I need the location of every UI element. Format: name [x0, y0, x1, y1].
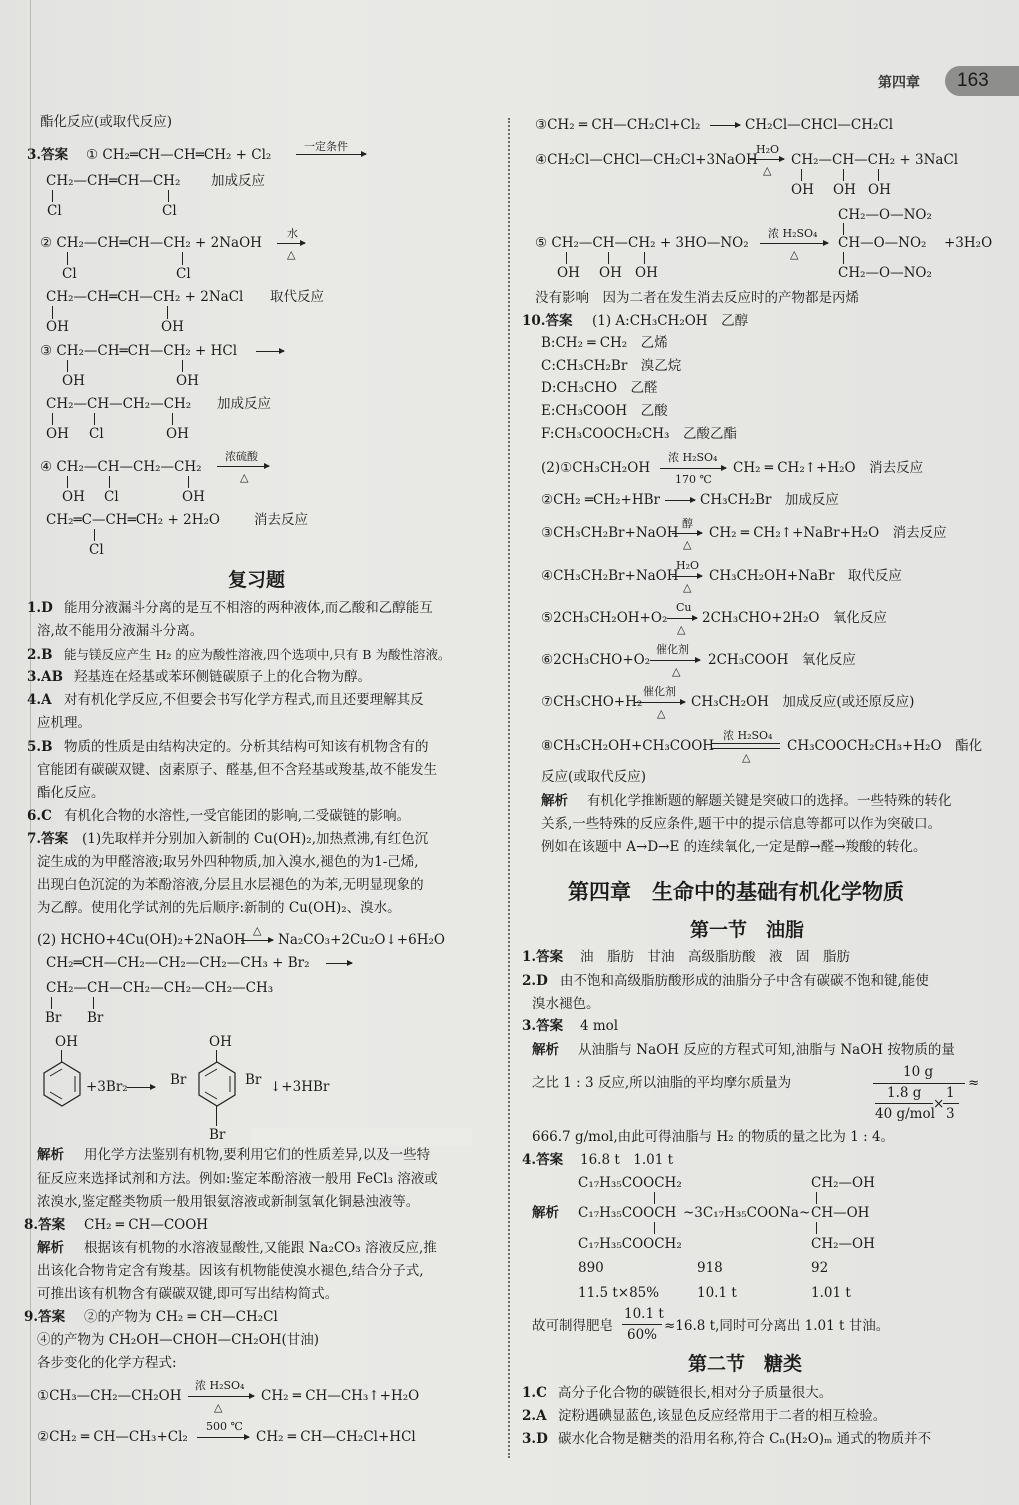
fraction-numerator: 10.1 t: [624, 1305, 664, 1323]
equation: ⑤2CH₃CH₂OH+O₂: [541, 609, 667, 627]
bond-line: [654, 1192, 655, 1204]
substituent: OH: [791, 181, 814, 199]
answer-text: 有机化合物的水溶性,一受官能团的影响,二受碳链的影响。: [64, 807, 410, 825]
mass-value: 1.01 t: [811, 1284, 851, 1302]
compound-item: D:CH₃CHO 乙醛: [541, 379, 658, 397]
formula: CH₂—OH: [811, 1235, 875, 1253]
print-smudge: [252, 1128, 472, 1146]
substituent: OH: [599, 264, 622, 282]
fraction-line: [943, 1103, 959, 1104]
substituent: OH: [166, 425, 189, 443]
reaction-arrow: [635, 702, 685, 703]
product: CH₂—CH—CH₂ + 3NaCl: [791, 151, 958, 169]
bond-line: [52, 413, 53, 425]
equation: ④CH₃CH₂Br+NaOH: [541, 567, 679, 585]
substituent: Br: [170, 1071, 186, 1089]
analysis-text: 出该化合物肯定含有羧基。因该有机物能使溴水褪色,结合分子式,: [37, 1262, 424, 1280]
condition: △: [253, 922, 261, 940]
reaction-type: 加成反应: [211, 172, 265, 190]
reaction-arrow: [672, 576, 702, 577]
analysis-text: 故可制得肥皂: [532, 1317, 613, 1335]
analysis-text: 之比 1 : 3 反应,所以油脂的平均摩尔质量为: [532, 1074, 791, 1092]
molar-mass: 918: [697, 1259, 723, 1277]
equation: +3H₂O: [944, 234, 992, 252]
fraction-numerator: 1: [946, 1084, 955, 1102]
answer-text: 淀生成的为甲醛溶液;取另外四种物质,加入溴水,褪色的为1-己烯,: [37, 853, 419, 871]
question-label: 4.A: [27, 691, 52, 709]
condition: △: [763, 162, 771, 180]
answer-text: 4 mol: [580, 1017, 618, 1035]
equation: ①CH₃—CH₂—CH₂OH: [37, 1387, 182, 1405]
substituent: OH: [833, 181, 856, 199]
equation: ⑤ CH₂—CH—CH₂ + 3HO—NO₂: [535, 234, 749, 252]
column-divider: [508, 118, 510, 1458]
reaction-arrow: [188, 1396, 254, 1397]
answer-text: 油 脂肪 甘油 高级脂肪酸 液 固 脂肪: [580, 948, 850, 966]
substituent: OH: [176, 372, 199, 390]
molar-mass: 890: [578, 1259, 604, 1277]
question-label: 2.A: [522, 1407, 547, 1425]
bond-line: [843, 169, 844, 181]
equation: ⑦CH₃CHO+H₂: [541, 693, 642, 711]
condition: △: [240, 469, 248, 487]
analysis-text: 关系,一些特殊的反应条件,题干中的提示信息等都可以作为突破口。: [541, 815, 941, 833]
condition: 催化剂: [643, 683, 676, 701]
reaction-type: 取代反应: [270, 288, 324, 306]
formula: CH—OH: [811, 1204, 869, 1222]
substituent: OH: [161, 318, 184, 336]
analysis-text: 根据该有机物的水溶液显酸性,又能跟 Na₂CO₃ 溶液反应,推: [84, 1239, 437, 1257]
product: CH₂—O—NO₂: [838, 264, 932, 282]
condition: △: [742, 749, 750, 767]
question-label: 2.D: [522, 972, 548, 990]
question-label: 6.C: [27, 807, 52, 825]
equation: ① CH₂═CH—CH═CH₂ + Cl₂: [86, 146, 271, 164]
bond-line: [109, 476, 110, 488]
substituent: Cl: [162, 202, 177, 220]
answer-text: 碳水化合物是糖类的沿用名称,符合 Cₙ(H₂O)ₘ 通式的物质并不: [558, 1430, 931, 1448]
multiply-sign: ×: [933, 1095, 944, 1113]
substituent: Br: [209, 1126, 225, 1144]
condition: H₂O: [756, 141, 779, 159]
product: CH₂═C—CH═CH₂ + 2H₂O: [46, 511, 220, 529]
answer-text: 各步变化的化学方程式:: [37, 1354, 177, 1372]
condition: 水: [287, 225, 298, 243]
bond-line: [801, 169, 802, 181]
product: CH₂—CH—CH₂—CH₂—CH₂—CH₃: [46, 979, 273, 997]
bond-line: [608, 252, 609, 264]
bond-line: [566, 252, 567, 264]
substituent: Cl: [104, 488, 119, 506]
bond-line: [94, 529, 95, 541]
bond-line: [172, 413, 173, 425]
section-title: 第一节 油脂: [690, 921, 804, 939]
analysis-text: 征反应来选择试剂和方法。例如:鉴定苯酚溶液一般用 FeCl₃ 溶液或: [37, 1170, 438, 1188]
answer-text: 没有影响 因为二者在发生消去反应时的产物都是丙烯: [535, 289, 859, 307]
formula: C₁₇H₃₅COOCH₂: [578, 1174, 682, 1192]
reaction-arrow: [750, 159, 784, 160]
reaction-arrow: [672, 533, 702, 534]
substituent: Br: [45, 1009, 61, 1027]
condition: 浓 H₂SO₄: [668, 449, 717, 467]
answer-text: 出现白色沉淀的为苯酚溶液,分层且水层褪色的为苯,无明显现象的: [37, 876, 424, 894]
approx-sign: ≈: [968, 1074, 979, 1092]
fraction-denominator: 60%: [627, 1326, 657, 1344]
compound-item: (1) A:CH₃CH₂OH 乙醇: [592, 312, 748, 330]
equation: ⑥2CH₃CHO+O₂: [541, 651, 650, 669]
reaction-arrow: [127, 1087, 155, 1088]
equation: ⑧CH₃CH₂OH+CH₃COOH: [541, 737, 714, 755]
reaction-arrow: [760, 243, 828, 244]
bond-line: [816, 1222, 817, 1234]
question-label: 9.答案: [24, 1308, 65, 1326]
analysis-text: 例如在该题中 A→D→E 的连续氧化,一定是醇→醛→羧酸的转化。: [541, 838, 927, 856]
substituent: OH: [55, 1033, 78, 1051]
condition: 醇: [682, 515, 693, 533]
answer-text: 物质的性质是由结构决定的。分析其结构可知该有机物含有的: [64, 738, 429, 756]
substituent: Br: [245, 1071, 261, 1089]
question-label: 1.D: [27, 599, 53, 617]
substituent: Cl: [89, 425, 104, 443]
reaction-arrow: [667, 618, 697, 619]
product: CH₂—CH═CH—CH₂ + 2NaCl: [46, 288, 243, 306]
reaction-arrow: [296, 154, 366, 155]
question-label: 4.答案: [522, 1151, 563, 1169]
equation: CH₂ ═ CH—CH₃↑+H₂O: [261, 1387, 419, 1405]
answer-text: ②的产物为 CH₂ ═ CH—CH₂Cl: [84, 1308, 278, 1326]
condition: △: [657, 705, 665, 723]
equation: CH₂═CH—CH₂—CH₂—CH₂—CH₃ + Br₂: [46, 954, 309, 972]
analysis-label: 解析: [37, 1146, 64, 1164]
fraction-denominator: 40 g/mol: [875, 1105, 935, 1123]
product: CH₂—CH—CH₂—CH₂: [46, 395, 191, 413]
reaction-arrow: [256, 351, 284, 352]
bond-line: [168, 190, 169, 202]
question-label: 1.答案: [522, 948, 563, 966]
reaction-type: 消去反应: [254, 511, 308, 529]
equation: ③CH₃CH₂Br+NaOH: [541, 524, 679, 542]
equation: CH₃COOCH₂CH₃+H₂O 酯化: [787, 737, 982, 755]
bond-line: [816, 1192, 817, 1204]
answer-text: 16.8 t 1.01 t: [580, 1151, 673, 1169]
bond-line: [67, 476, 68, 488]
analysis-text: 有机化学推断题的解题关键是突破口的选择。一些特殊的转化: [587, 792, 952, 810]
substituent: OH: [62, 372, 85, 390]
answer-text: 应机理。: [37, 714, 91, 732]
bond-line: [93, 997, 94, 1009]
tribromophenol-ring-icon: [197, 1061, 237, 1107]
product: CH₂—O—NO₂: [838, 206, 932, 224]
equation: CH₂Cl—CHCl—CH₂Cl: [745, 116, 893, 134]
bond-line: [67, 252, 68, 265]
equation: ②CH₂ ═ CH—CH₃+Cl₂: [37, 1428, 188, 1446]
equation: CH₂ ═ CH₂↑+NaBr+H₂O 消去反应: [709, 524, 947, 542]
bond-line: [878, 169, 879, 181]
condition: Cu: [676, 599, 692, 617]
substituent: OH: [46, 425, 69, 443]
question-label: 7.答案: [27, 830, 68, 848]
equation: ② CH₂—CH═CH—CH₂ + 2NaOH: [40, 234, 262, 252]
fraction-numerator: 10 g: [903, 1063, 933, 1081]
fraction-line: [875, 1103, 933, 1104]
benzene-ring-icon: [42, 1061, 82, 1107]
equation: CH₂ ═ CH—CH₂Cl+HCl: [256, 1428, 416, 1446]
equation: +3Br₂: [86, 1078, 128, 1096]
reaction-arrow: [197, 1437, 249, 1438]
equation: ④CH₂Cl—CHCl—CH₂Cl+3NaOH: [535, 151, 758, 169]
question-label: 10.答案: [522, 312, 573, 330]
condition: △: [677, 621, 685, 639]
equation: CH₂ ═ CH₂↑+H₂O 消去反应: [733, 459, 923, 477]
analysis-label: 解析: [532, 1041, 559, 1059]
question-label: 5.B: [27, 738, 53, 756]
compound-item: E:CH₃COOH 乙酸: [541, 402, 668, 420]
formula: CH₂—OH: [811, 1174, 875, 1192]
reaction-arrow: [660, 468, 726, 469]
equation: 反应(或取代反应): [541, 768, 646, 786]
analysis-label: 解析: [532, 1204, 559, 1222]
condition: 170 ℃: [675, 471, 712, 489]
substituent: OH: [557, 264, 580, 282]
product: CH—O—NO₂: [838, 234, 926, 252]
fraction-numerator: 1.8 g: [887, 1084, 921, 1102]
question-label: 2.B: [27, 646, 53, 664]
substituent: OH: [46, 318, 69, 336]
answer-text: ④的产物为 CH₂OH—CHOH—CH₂OH(甘油): [37, 1331, 319, 1349]
bond-line: [94, 413, 95, 425]
substituent: Cl: [62, 265, 77, 283]
chapter-title: 第四章 生命中的基础有机化学物质: [568, 883, 904, 901]
equation: (2) HCHO+4Cu(OH)₂+2NaOH: [37, 931, 246, 949]
equation: CH₃CH₂Br 加成反应: [700, 491, 839, 509]
substituent: Br: [87, 1009, 103, 1027]
compound-item: B:CH₂ ═ CH₂ 乙烯: [541, 334, 668, 352]
condition: △: [790, 246, 798, 264]
analysis-text: 用化学方法鉴别有机物,要利用它们的性质差异,以及一些特: [84, 1146, 430, 1164]
condition: 浓硫酸: [225, 448, 258, 466]
answer-text: 酯化反应。: [37, 784, 105, 802]
equation: CH₃CH₂OH+NaBr 取代反应: [709, 567, 902, 585]
analysis-label: 解析: [541, 792, 568, 810]
reaction-arrow: [650, 660, 700, 661]
equation: Na₂CO₃+2Cu₂O↓+6H₂O: [278, 931, 445, 949]
question-label: 3.D: [522, 1430, 548, 1448]
substituent: Cl: [47, 202, 62, 220]
bond-line: [182, 360, 183, 372]
condition: △: [683, 536, 691, 554]
bond-line: [644, 252, 645, 264]
answer-page: 第四章 163 酯化反应(或取代反应) 3.答案 ① CH₂═CH—CH═CH₂…: [0, 0, 1019, 1505]
compound-item: F:CH₃COOCH₂CH₃ 乙酸乙酯: [541, 425, 737, 443]
equation: CH₃CH₂OH 加成反应(或还原反应): [691, 693, 914, 711]
equation: ③CH₂ ═ CH—CH₂Cl+Cl₂: [535, 116, 700, 134]
equation: 2CH₃CHO+2H₂O 氧化反应: [702, 609, 887, 627]
condition: △: [672, 663, 680, 681]
answer-text: 羟基连在烃基或苯环侧链碳原子上的化合物为醇。: [74, 668, 371, 686]
substituent: Cl: [176, 265, 191, 283]
product: CH₂—CH═CH—CH₂: [46, 172, 180, 190]
answer-text: CH₂ ═ CH—COOH: [84, 1216, 208, 1234]
bond-line: [216, 1106, 217, 1126]
equation: ④ CH₂—CH—CH₂—CH₂: [40, 458, 202, 476]
formula: C₁₇H₃₅COOCH₂: [578, 1235, 682, 1253]
mass-value: 10.1 t: [697, 1284, 737, 1302]
reaction-arrow: [277, 243, 305, 244]
reaction-arrow: [326, 963, 352, 964]
molar-mass: 92: [811, 1259, 828, 1277]
question-label: 1.C: [522, 1384, 547, 1402]
analysis-text: 可推出该有机物含有碳碳双键,即可写出结构简式。: [37, 1285, 338, 1303]
text-line: 酯化反应(或取代反应): [40, 113, 172, 131]
bond-line: [843, 252, 844, 264]
analysis-text: ≈16.8 t,同时可分离出 1.01 t 甘油。: [664, 1317, 889, 1335]
analysis-label: 解析: [37, 1239, 64, 1257]
question-label: 3.答案: [522, 1017, 563, 1035]
section-title: 第二节 糖类: [688, 1355, 802, 1373]
condition: △: [287, 246, 295, 264]
substituent: OH: [182, 488, 205, 506]
bond-line: [52, 190, 53, 202]
answer-text: 能用分液漏斗分离的是互不相溶的两种液体,而乙酸和乙醇能互: [64, 599, 433, 617]
analysis-text: 从油脂与 NaOH 反应的方程式可知,油脂与 NaOH 按物质的量: [578, 1041, 955, 1059]
analysis-text: 666.7 g/mol,由此可得油脂与 H₂ 的物质的量之比为 1 : 4。: [532, 1128, 894, 1146]
condition: △: [214, 1399, 222, 1417]
substituent: OH: [868, 181, 891, 199]
bond-line: [654, 1222, 655, 1234]
condition: △: [683, 579, 691, 597]
analysis-text: 浓溴水,鉴定醛类物质一般用银氨溶液或新制氢氧化铜悬浊液等。: [37, 1193, 419, 1211]
section-title-review: 复习题: [228, 571, 285, 589]
equation: 2CH₃COOH 氧化反应: [708, 651, 856, 669]
compound-item: C:CH₃CH₂Br 溴乙烷: [541, 357, 681, 375]
equation: (2)①CH₃CH₂OH: [541, 459, 650, 477]
condition: H₂O: [676, 557, 699, 575]
answer-text: 对有机化学反应,不但要会书写化学方程式,而且还要理解其反: [64, 691, 424, 709]
substituent: Cl: [89, 541, 104, 559]
substituent: OH: [209, 1033, 232, 1051]
question-label: 3.答案: [27, 146, 68, 164]
bond-line: [182, 252, 183, 265]
reaction-arrow: [217, 466, 269, 467]
reaction-arrow: [241, 940, 273, 941]
condition: 催化剂: [656, 641, 689, 659]
answer-text: 高分子化合物的碳链很长,相对分子质量很大。: [558, 1384, 832, 1402]
mass-value: 11.5 t×85%: [578, 1284, 659, 1302]
bond-line: [188, 476, 189, 488]
question-label: 8.答案: [24, 1216, 65, 1234]
answer-text: 溴水褪色。: [532, 995, 600, 1013]
reaction-type: 加成反应: [217, 395, 271, 413]
answer-text: (1)先取样并分别加入新制的 Cu(OH)₂,加热煮沸,有红色沉: [82, 830, 428, 848]
bond-line: [67, 360, 68, 372]
formula: ~3C₁₇H₃₅COONa~: [683, 1204, 810, 1222]
bond-line: [51, 997, 52, 1009]
condition: 浓 H₂SO₄: [768, 225, 817, 243]
answer-text: 由不饱和高级脂肪酸形成的油脂分子中含有碳碳不饱和键,能使: [560, 972, 929, 990]
reaction-arrow: [710, 125, 740, 126]
condition: 500 ℃: [206, 1418, 243, 1436]
substituent: OH: [635, 264, 658, 282]
answer-text: 官能团有碳碳双键、卤素原子、醛基,但不含羟基或羧基,故不能发生: [37, 761, 437, 779]
page-number: 163: [957, 70, 989, 92]
substituent: OH: [62, 488, 85, 506]
equation: ↓+3HBr: [270, 1078, 329, 1096]
fraction-denominator: 3: [946, 1105, 955, 1123]
answer-text: 为乙醇。使用化学试剂的先后顺序:新制的 Cu(OH)₂、溴水。: [37, 899, 401, 917]
formula: C₁₇H₃₅COOCH: [578, 1204, 676, 1222]
equation: ③ CH₂—CH═CH—CH₂ + HCl: [40, 342, 237, 360]
running-header-chapter: 第四章: [878, 72, 920, 92]
answer-text: 能与镁反应产生 H₂ 的应为酸性溶液,四个选项中,只有 B 为酸性溶液。: [64, 646, 450, 664]
answer-text: 淀粉遇碘显蓝色,该显色反应经常用于二者的相互检验。: [558, 1407, 886, 1425]
fraction-line: [622, 1324, 662, 1325]
equation: ②CH₂ ═CH₂+HBr: [541, 491, 660, 509]
answer-text: 溶,故不能用分液漏斗分离。: [37, 622, 203, 640]
question-label: 3.AB: [27, 668, 63, 686]
reaction-arrow: [665, 500, 695, 501]
condition: 浓 H₂SO₄: [195, 1377, 244, 1395]
